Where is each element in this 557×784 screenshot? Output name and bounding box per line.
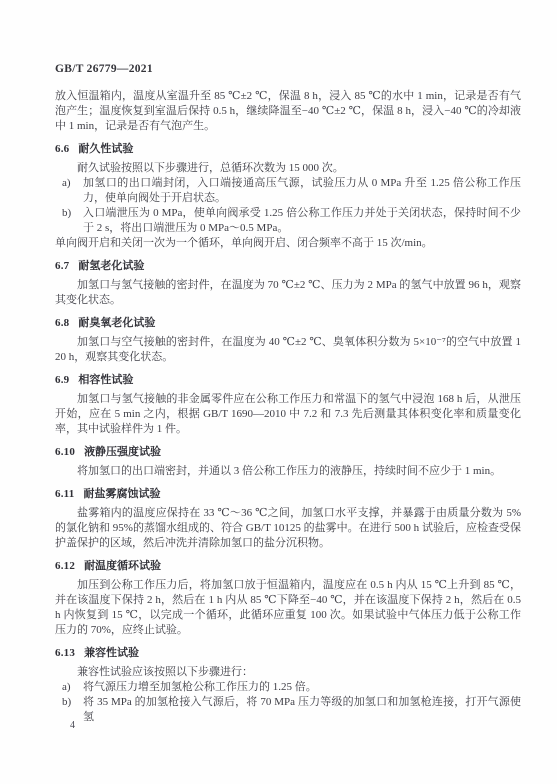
list-marker: a) bbox=[62, 680, 83, 695]
list-item-a: a) 加氢口的出口端封闭，入口端接通高压气源，试验压力从 0 MPa 升至 1.… bbox=[55, 176, 521, 206]
section-number: 6.12 bbox=[55, 559, 75, 574]
list-item-b: b) 入口端泄压为 0 MPa，使单向阀承受 1.25 倍公称工作压力并处于关闭… bbox=[55, 206, 521, 236]
section-title: 相容性试验 bbox=[78, 373, 133, 388]
list-item-text: 加氢口的出口端封闭，入口端接通高压气源，试验压力从 0 MPa 升至 1.25 … bbox=[83, 176, 521, 206]
section-heading-6-9: 6.9 相容性试验 bbox=[55, 373, 521, 388]
paragraph: 加氢口与氢气接触的密封件，在温度为 70 ℃±2 ℃、压力为 2 MPa 的氢气… bbox=[55, 278, 521, 308]
section-heading-6-11: 6.11 耐盐雾腐蚀试验 bbox=[55, 487, 521, 502]
page-number: 4 bbox=[70, 720, 75, 731]
section-title: 耐久性试验 bbox=[78, 142, 133, 157]
section-number: 6.10 bbox=[55, 445, 75, 460]
section-heading-6-8: 6.8 耐臭氧老化试验 bbox=[55, 316, 521, 331]
section-title: 液静压强度试验 bbox=[84, 445, 161, 460]
section-number: 6.7 bbox=[55, 259, 69, 274]
section-title: 耐氢老化试验 bbox=[78, 259, 144, 274]
section-heading-6-7: 6.7 耐氢老化试验 bbox=[55, 259, 521, 274]
standard-number-header: GB/T 26779—2021 bbox=[55, 63, 153, 75]
section-title: 耐温度循环试验 bbox=[84, 559, 161, 574]
paragraph: 耐久试验按照以下步骤进行，总循环次数为 15 000 次。 bbox=[55, 161, 521, 176]
paragraph-continuation: 放入恒温箱内，温度从室温升至 85 ℃±2 ℃，保温 8 h，浸入 85 ℃的水… bbox=[55, 89, 521, 134]
section-heading-6-12: 6.12 耐温度循环试验 bbox=[55, 559, 521, 574]
document-content: 放入恒温箱内，温度从室温升至 85 ℃±2 ℃，保温 8 h，浸入 85 ℃的水… bbox=[55, 89, 521, 725]
list-item-text: 将 35 MPa 的加氢枪接入气源后，将 70 MPa 压力等级的加氢口和加氢枪… bbox=[83, 695, 521, 725]
section-number: 6.13 bbox=[55, 646, 75, 661]
section-title: 耐臭氧老化试验 bbox=[78, 316, 155, 331]
list-marker: b) bbox=[62, 206, 83, 236]
section-number: 6.9 bbox=[55, 373, 69, 388]
section-number: 6.8 bbox=[55, 316, 69, 331]
section-heading-6-6: 6.6 耐久性试验 bbox=[55, 142, 521, 157]
paragraph: 加氢口与氢气接触的非金属零件应在公称工作压力和常温下的氢气中浸泡 168 h 后… bbox=[55, 392, 521, 437]
paragraph: 将加氢口的出口端密封，并通以 3 倍公称工作压力的液静压，持续时间不应少于 1 … bbox=[55, 464, 521, 479]
list-item-a: a) 将气源压力增至加氢枪公称工作压力的 1.25 倍。 bbox=[55, 680, 521, 695]
paragraph: 单向阀开启和关闭一次为一个循环，单向阀开启、闭合频率不高于 15 次/min。 bbox=[55, 236, 521, 251]
list-marker: a) bbox=[62, 176, 83, 206]
paragraph: 加压到公称工作压力后，将加氢口放于恒温箱内，温度应在 0.5 h 内从 15 ℃… bbox=[55, 578, 521, 638]
paragraph: 兼容性试验应该按照以下步骤进行： bbox=[55, 665, 521, 680]
list-item-text: 将气源压力增至加氢枪公称工作压力的 1.25 倍。 bbox=[83, 680, 521, 695]
list-item-text: 入口端泄压为 0 MPa，使单向阀承受 1.25 倍公称工作压力并处于关闭状态，… bbox=[83, 206, 521, 236]
section-number: 6.6 bbox=[55, 142, 69, 157]
section-number: 6.11 bbox=[55, 487, 74, 502]
section-title: 耐盐雾腐蚀试验 bbox=[83, 487, 160, 502]
document-page: GB/T 26779—2021 放入恒温箱内，温度从室温升至 85 ℃±2 ℃，… bbox=[0, 0, 557, 784]
section-heading-6-13: 6.13 兼容性试验 bbox=[55, 646, 521, 661]
paragraph: 加氢口与空气接触的密封件，在温度为 40 ℃±2 ℃、臭氧体积分数为 5×10⁻… bbox=[55, 335, 521, 365]
list-item-b: b) 将 35 MPa 的加氢枪接入气源后，将 70 MPa 压力等级的加氢口和… bbox=[55, 695, 521, 725]
section-heading-6-10: 6.10 液静压强度试验 bbox=[55, 445, 521, 460]
paragraph: 盐雾箱内的温度应保持在 33 ℃～36 ℃之间，加氢口水平支撑，并暴露于由质量分… bbox=[55, 506, 521, 551]
section-title: 兼容性试验 bbox=[84, 646, 139, 661]
